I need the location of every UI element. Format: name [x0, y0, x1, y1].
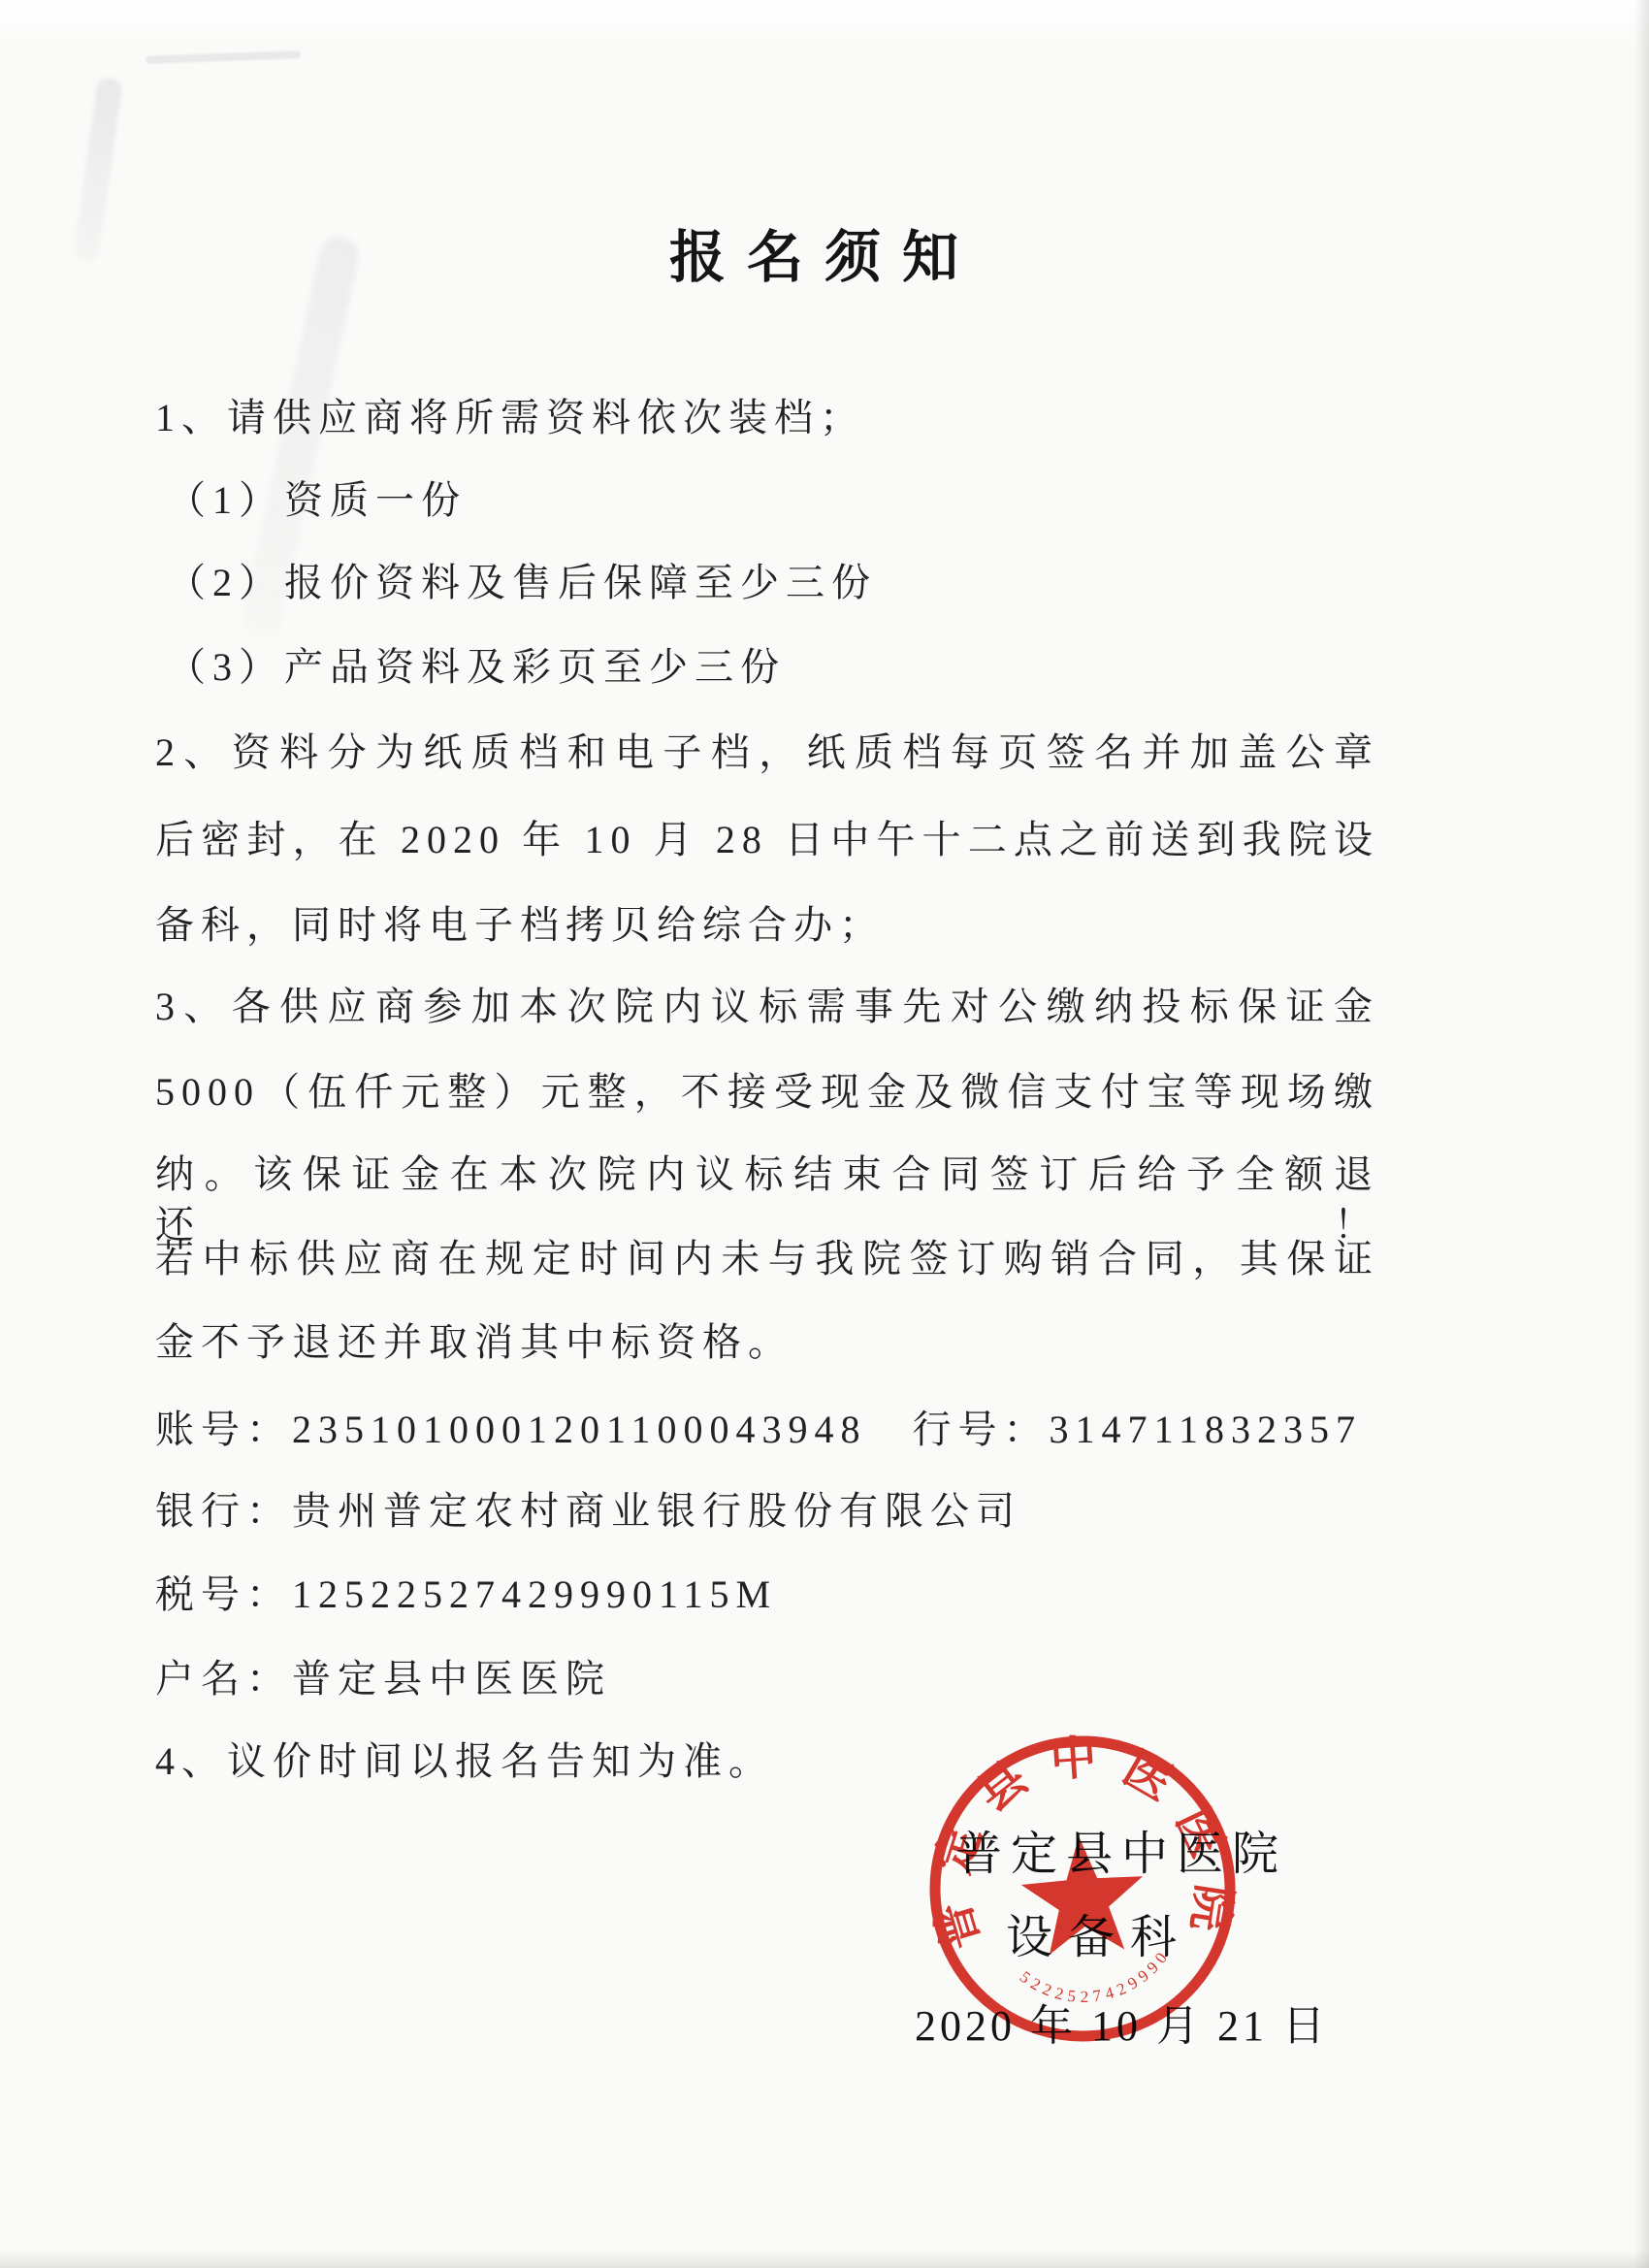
doc-line: （2）报价资料及售后保障至少三份 [167, 558, 1391, 608]
doc-line: （3）产品资料及彩页至少三份 [167, 642, 1391, 693]
doc-line: 若中标供应商在规定时间内未与我院签订购销合同，其保证 [155, 1234, 1379, 1284]
doc-line: （1）资质一份 [167, 475, 1391, 526]
doc-line-bank-name: 银行：贵州普定农村商业银行股份有限公司 [155, 1486, 1379, 1537]
doc-line-account-holder: 户名：普定县中医医院 [155, 1654, 1379, 1704]
signature-date: 2020 年 10 月 21 日 [915, 1991, 1329, 2053]
doc-line: 备科，同时将电子档拷贝给综合办； [155, 900, 1379, 951]
doc-line-account-number: 账号：2351010001201100043948 行号：31471183235… [155, 1405, 1379, 1455]
scan-edge-shading-right [1633, 0, 1649, 2268]
page-title: 报名须知 [0, 211, 1649, 293]
doc-line: 1、请供应商将所需资料依次装档； [155, 393, 1379, 443]
scan-edge-shading-bottom [0, 2251, 1649, 2268]
doc-line-tax-id: 税号：12522527429990115M [155, 1570, 1379, 1620]
scan-edge-shading-top [0, 0, 1649, 56]
doc-line: 2、资料分为纸质档和电子档，纸质档每页签名并加盖公章 [155, 728, 1379, 778]
doc-line: 金不予退还并取消其中标资格。 [155, 1317, 1379, 1368]
doc-line: 5000（伍仟元整）元整，不接受现金及微信支付宝等现场缴 [155, 1067, 1379, 1118]
scanned-document-page: 报名须知 1、请供应商将所需资料依次装档； （1）资质一份 （2）报价资料及售后… [0, 0, 1649, 2268]
doc-line: 后密封，在 2020 年 10 月 28 日中午十二点之前送到我院设 [155, 815, 1379, 865]
doc-line: 3、各供应商参加本次院内议标需事先对公缴纳投标保证金 [155, 982, 1379, 1032]
signature-department: 设备科 [1006, 1899, 1192, 1966]
signature-organization: 普定县中医院 [955, 1816, 1287, 1883]
